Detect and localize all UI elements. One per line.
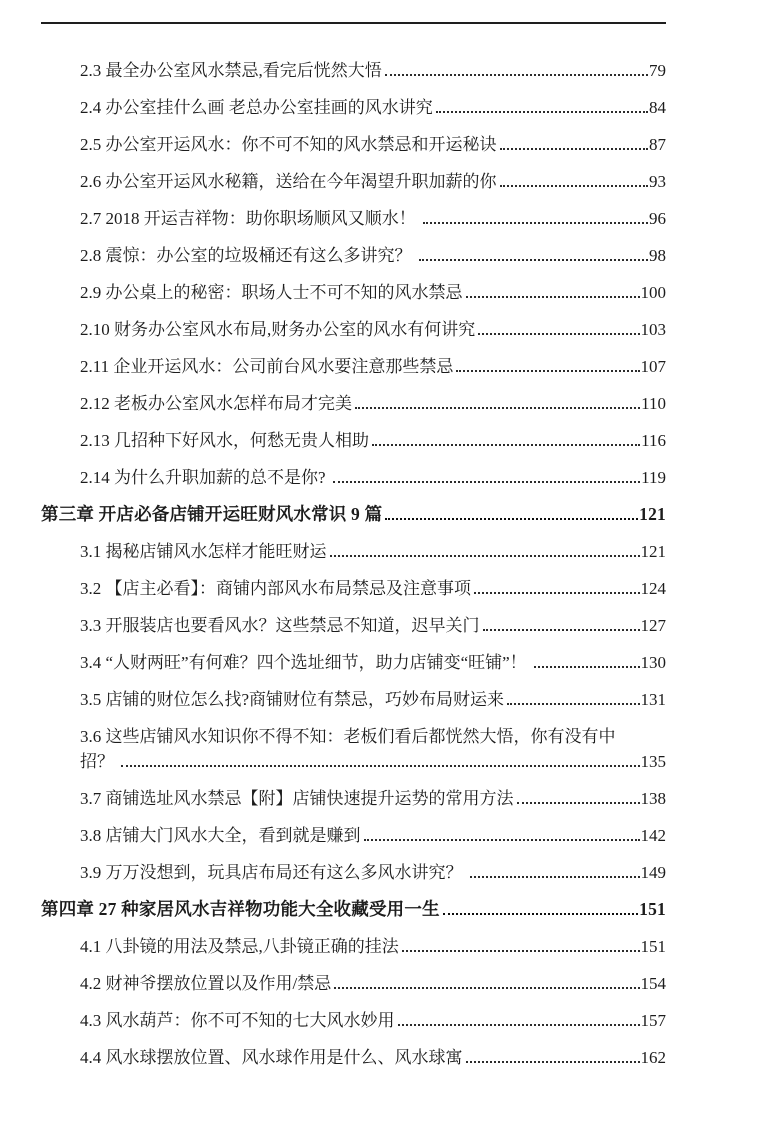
dot-leader <box>419 259 648 261</box>
dot-leader <box>402 950 640 952</box>
dot-leader <box>385 518 638 520</box>
toc-page-number: 96 <box>649 206 666 231</box>
toc-entry: 4.2 财神爷摆放位置以及作用/禁忌154 <box>41 971 666 996</box>
toc-page-number: 130 <box>641 650 667 675</box>
dot-leader <box>470 876 640 878</box>
toc-entry: 2.10 财务办公室风水布局,财务办公室的风水有何讲究103 <box>41 317 666 342</box>
toc-entry-title: 4.1 八卦镜的用法及禁忌,八卦镜正确的挂法 <box>80 934 399 959</box>
dot-leader <box>334 987 639 989</box>
toc-entry: 2.14 为什么升职加薪的总不是你? 119 <box>41 465 666 490</box>
toc-chapter-heading: 第三章 开店必备店铺开运旺财风水常识 9 篇121 <box>41 502 666 527</box>
toc-entry: 3.5 店铺的财位怎么找?商铺财位有禁忌，巧妙布局财运来131 <box>41 687 666 712</box>
dot-leader <box>330 555 640 557</box>
toc-page-number: 121 <box>641 539 667 564</box>
toc-entry: 3.4 “人财两旺”有何难？四个选址细节，助力店铺变“旺铺”！ 130 <box>41 650 666 675</box>
toc-entry-title: 4.2 财神爷摆放位置以及作用/禁忌 <box>80 971 331 996</box>
toc-page-number: 79 <box>649 58 666 83</box>
toc-entry-title: 2.14 为什么升职加薪的总不是你? <box>80 465 330 490</box>
toc-page-number: 162 <box>641 1045 667 1070</box>
toc-entry: 3.8 店铺大门风水大全，看到就是赚到142 <box>41 823 666 848</box>
dot-leader <box>355 407 640 409</box>
dot-leader <box>121 765 639 767</box>
toc-entry-title: 2.5 办公室开运风水：你不可不知的风水禁忌和开运秘诀 <box>80 132 497 157</box>
toc-entry: 3.1 揭秘店铺风水怎样才能旺财运121 <box>41 539 666 564</box>
dot-leader <box>364 839 640 841</box>
dot-leader <box>456 370 639 372</box>
document-page: 2.3 最全办公室风水禁忌,看完后恍然大悟792.4 办公室挂什么画 老总办公室… <box>0 0 772 1126</box>
toc-page-number: 100 <box>641 280 667 305</box>
toc-entry-title: 3.8 店铺大门风水大全，看到就是赚到 <box>80 823 361 848</box>
toc-entry: 4.1 八卦镜的用法及禁忌,八卦镜正确的挂法151 <box>41 934 666 959</box>
dot-leader <box>436 111 648 113</box>
toc-page-number: 103 <box>641 317 667 342</box>
toc-page-number: 154 <box>641 971 667 996</box>
toc-entry-title: 2.4 办公室挂什么画 老总办公室挂画的风水讲究 <box>80 95 433 120</box>
toc-entry-title: 3.4 “人财两旺”有何难？四个选址细节，助力店铺变“旺铺”！ <box>80 650 531 675</box>
toc-entry-title: 2.3 最全办公室风水禁忌,看完后恍然大悟 <box>80 58 382 83</box>
toc-entry: 2.9 办公桌上的秘密：职场人士不可不知的风水禁忌100 <box>41 280 666 305</box>
dot-leader <box>483 629 640 631</box>
toc-page-number: 107 <box>641 354 667 379</box>
toc-entry-title: 3.1 揭秘店铺风水怎样才能旺财运 <box>80 539 327 564</box>
dot-leader <box>385 74 648 76</box>
toc-entry: 2.11 企业开运风水：公司前台风水要注意那些禁忌107 <box>41 354 666 379</box>
toc-page-number: 84 <box>649 95 666 120</box>
toc-entry: 2.8 震惊：办公室的垃圾桶还有这么多讲究？ 98 <box>41 243 666 268</box>
dot-leader <box>500 185 649 187</box>
toc-entry: 2.3 最全办公室风水禁忌,看完后恍然大悟79 <box>41 58 666 83</box>
dot-leader <box>534 666 640 668</box>
toc-page-number: 138 <box>641 786 667 811</box>
toc-entry: 4.3 风水葫芦：你不可不知的七大风水妙用157 <box>41 1008 666 1033</box>
toc-entry-title: 3.5 店铺的财位怎么找?商铺财位有禁忌，巧妙布局财运来 <box>80 687 504 712</box>
dot-leader <box>333 481 640 483</box>
toc-entry-title: 2.11 企业开运风水：公司前台风水要注意那些禁忌 <box>80 354 453 379</box>
toc-entry: 2.7 2018 开运吉祥物：助你职场顺风又顺水！ 96 <box>41 206 666 231</box>
table-of-contents: 2.3 最全办公室风水禁忌,看完后恍然大悟792.4 办公室挂什么画 老总办公室… <box>41 58 666 1070</box>
dot-leader <box>398 1024 640 1026</box>
toc-page-number: 87 <box>649 132 666 157</box>
dot-leader <box>423 222 648 224</box>
toc-entry-title-line1: 3.6 这些店铺风水知识你不得不知：老板们看后都恍然大悟，你有没有中 <box>41 724 666 749</box>
toc-entry-title: 3.3 开服装店也要看风水？这些禁忌不知道，迟早关门 <box>80 613 480 638</box>
dot-leader <box>500 148 649 150</box>
toc-entry-title: 2.7 2018 开运吉祥物：助你职场顺风又顺水！ <box>80 206 420 231</box>
toc-page-number: 127 <box>641 613 667 638</box>
toc-entry: 3.3 开服装店也要看风水？这些禁忌不知道，迟早关门127 <box>41 613 666 638</box>
toc-entry: 3.2 【店主必看】：商铺内部风水布局禁忌及注意事项124 <box>41 576 666 601</box>
toc-entry: 2.4 办公室挂什么画 老总办公室挂画的风水讲究84 <box>41 95 666 120</box>
toc-entry: 2.6 办公室开运风水秘籍，送给在今年渴望升职加薪的你93 <box>41 169 666 194</box>
dot-leader <box>443 913 638 915</box>
toc-page-number: 98 <box>649 243 666 268</box>
toc-entry-title: 第三章 开店必备店铺开运旺财风水常识 9 篇 <box>41 502 382 527</box>
toc-chapter-heading: 第四章 27 种家居风水吉祥物功能大全收藏受用一生151 <box>41 897 666 922</box>
toc-page-number: 149 <box>641 860 667 885</box>
toc-entry-title: 第四章 27 种家居风水吉祥物功能大全收藏受用一生 <box>41 897 440 922</box>
toc-entry-title: 2.9 办公桌上的秘密：职场人士不可不知的风水禁忌 <box>80 280 463 305</box>
toc-page-number: 110 <box>641 391 666 416</box>
page-header-rule <box>41 22 666 24</box>
toc-entry-title: 3.9 万万没想到，玩具店布局还有这么多风水讲究？ <box>80 860 467 885</box>
toc-page-number: 135 <box>641 749 667 774</box>
toc-page-number: 151 <box>641 934 667 959</box>
toc-entry-title: 招？ <box>80 749 118 774</box>
dot-leader <box>474 592 640 594</box>
toc-page-number: 119 <box>641 465 666 490</box>
toc-page-number: 142 <box>641 823 667 848</box>
dot-leader <box>507 703 639 705</box>
toc-page-number: 121 <box>639 502 666 527</box>
toc-page-number: 151 <box>639 897 666 922</box>
dot-leader <box>478 333 639 335</box>
toc-page-number: 116 <box>641 428 666 453</box>
toc-entry-title: 2.12 老板办公室风水怎样布局才完美 <box>80 391 352 416</box>
toc-entry: 3.9 万万没想到，玩具店布局还有这么多风水讲究？ 149 <box>41 860 666 885</box>
toc-entry-title: 2.13 几招种下好风水，何愁无贵人相助 <box>80 428 369 453</box>
toc-page-number: 131 <box>641 687 667 712</box>
toc-page-number: 124 <box>641 576 667 601</box>
dot-leader <box>466 1061 640 1063</box>
toc-entry: 2.13 几招种下好风水，何愁无贵人相助116 <box>41 428 666 453</box>
toc-entry-title: 3.7 商铺选址风水禁忌【附】店铺快速提升运势的常用方法 <box>80 786 514 811</box>
toc-entry-title: 4.4 风水球摆放位置、风水球作用是什么、风水球寓 <box>80 1045 463 1070</box>
dot-leader <box>372 444 640 446</box>
toc-page-number: 93 <box>649 169 666 194</box>
toc-entry: 2.5 办公室开运风水：你不可不知的风水禁忌和开运秘诀87 <box>41 132 666 157</box>
toc-entry-title: 2.10 财务办公室风水布局,财务办公室的风水有何讲究 <box>80 317 475 342</box>
toc-entry: 4.4 风水球摆放位置、风水球作用是什么、风水球寓162 <box>41 1045 666 1070</box>
toc-entry: 2.12 老板办公室风水怎样布局才完美110 <box>41 391 666 416</box>
toc-entry-title: 2.8 震惊：办公室的垃圾桶还有这么多讲究？ <box>80 243 416 268</box>
toc-entry-title: 4.3 风水葫芦：你不可不知的七大风水妙用 <box>80 1008 395 1033</box>
dot-leader <box>466 296 640 298</box>
dot-leader <box>517 802 640 804</box>
toc-entry-title: 2.6 办公室开运风水秘籍，送给在今年渴望升职加薪的你 <box>80 169 497 194</box>
toc-page-number: 157 <box>641 1008 667 1033</box>
toc-entry: 3.7 商铺选址风水禁忌【附】店铺快速提升运势的常用方法138 <box>41 786 666 811</box>
toc-entry: 3.6 这些店铺风水知识你不得不知：老板们看后都恍然大悟，你有没有中招？ 135 <box>41 724 666 774</box>
toc-entry-title: 3.2 【店主必看】：商铺内部风水布局禁忌及注意事项 <box>80 576 471 601</box>
